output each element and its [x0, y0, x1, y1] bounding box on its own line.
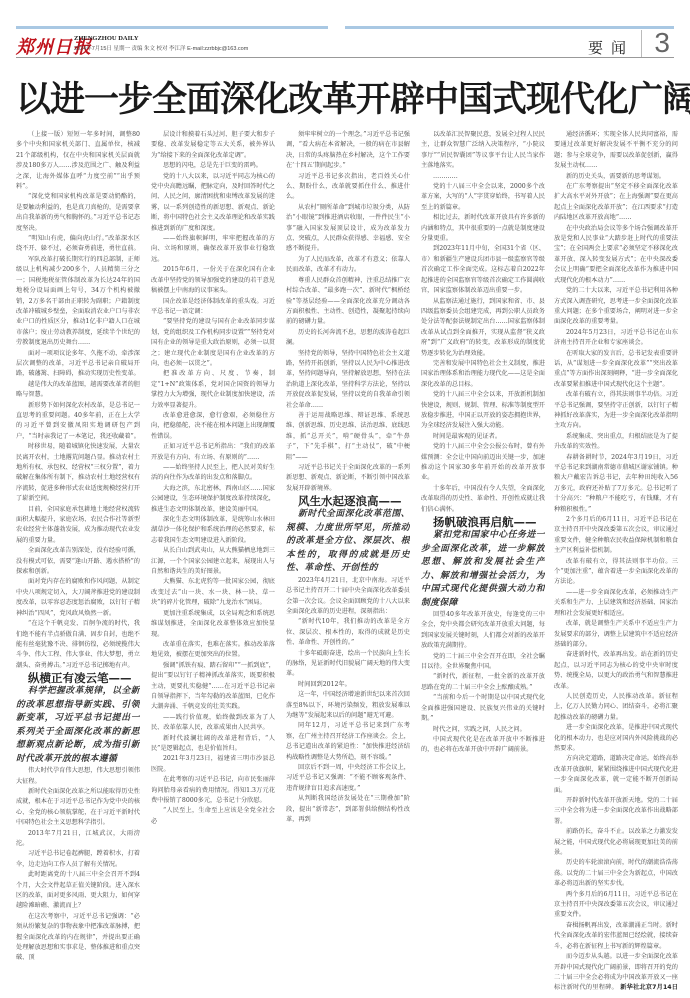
body-paragraph: 方向决定道路，道路决定命运。始终高举改革开放旗帜，紧紧围绕推进中国式现代化进一步…: [554, 754, 678, 796]
body-paragraph: 习近平总书记多次指出，老百姓关心什么、期盼什么，改革就要抓住什么、推进什么。: [286, 172, 410, 203]
body-paragraph: 新时代波澜壮阔的改革进程背后，“人民”是逻辑起点，也是价值旨归。: [151, 734, 275, 755]
body-paragraph: ——践行价值观，始终做到改革为了人民、改革依靠人民，改革成果由人民共享。: [151, 713, 275, 734]
body-paragraph: 通经济循环；实现全体人民共同富裕，需要通过改革更好解决发展不平衡不充分的问题；参…: [554, 130, 678, 172]
body-paragraph: 新的历史关头，需要新的思考谋划。: [554, 172, 678, 182]
body-paragraph: 两个多月后的6月11日，习近平总书记在京主持召开中央深改委第五次会议，审议通过重…: [554, 890, 678, 921]
body-paragraph: 2024年5月23日，习近平总书记在山东济南主持召开企业和专家座谈会。: [554, 328, 678, 349]
body-paragraph: 此时距离党的十八届三中全会召开不到4个月，大会文件起草正值关键阶段。进入深水区的…: [16, 870, 140, 912]
byline: 新华社北京7月14日电: [554, 984, 678, 992]
body-paragraph: 十多年砥砺奋进，绘出一个民族向上生长的脉络，见证新时代旧貌展广阔天地的伟大变革。: [286, 649, 410, 680]
body-paragraph: 改革愈进愈深，愈行愈艰，必须稳住方向，把稳船舵，决不能在根本问题上出现颠覆性错误…: [151, 411, 275, 442]
section-lede: 科学把握改革规律，以全新的改革思想指导新实践、引领新变革，习近平总书记提出一系列…: [16, 685, 140, 766]
body-paragraph: 善于运用战略思维、辩证思维、系统思维、创新思维、历史思维、法治思维、底线思维，抓…: [286, 411, 410, 463]
body-paragraph: 奋楫扬帆再出发，改革潮涌正当时。新时代全面深化改革的宏伟蓝图已经绘就，接续奋斗，…: [554, 921, 678, 952]
body-paragraph: 越是伟大的改革蓝图，越需要改革者的胆略与智慧。: [16, 380, 140, 401]
body-paragraph: 相比过去，新时代改革开放具有许多新的内涵和特点，其中很重要的一点就是制度建设分量…: [421, 213, 545, 244]
body-paragraph: 这一年，中国经济增速新世纪以来首次回落至8%以下，环境污染频发，粗放发展难以为继…: [286, 690, 410, 721]
body-paragraph: 在这次考察中，习近平总书记强调：“必须从纷繁复杂的事物表象中把准改革脉搏，把握全…: [16, 912, 140, 964]
body-paragraph: 国企改革是经济体制改革的重头戏。习近平总书记一语定调：: [151, 297, 275, 318]
body-paragraph: 正如习近平总书记所指出：“我们的改革开放是有方向、有立场、有原则的”……: [151, 442, 275, 463]
section-subhead: 纵横正有凌云笔——: [16, 671, 140, 685]
body-paragraph: 进一步全面深化改革，是推进中国式现代化的根本动力，也是应对国内外风险挑战的必然要…: [554, 723, 678, 754]
body-paragraph: 系统集成、突出重点，归根结底是为了提升改革的实效性。: [554, 432, 678, 453]
column-1: （上接一版）短短一年多时间，调整80多个中央和国家机关部门、直属单位，核减21个…: [16, 130, 140, 992]
body-paragraph: “新时代10年，我们推动的改革是全方位、深层次、根本性的，取得的成就是历史性、革…: [286, 617, 410, 648]
column-5: 通经济循环；实现全体人民共同富裕，需要通过改革更好解决发展不平衡不充分的问题；参…: [554, 130, 678, 992]
body-paragraph: 改革重在落实，也难在落实。推动改革落地见效，被摆在更加突出的位置。: [151, 640, 275, 661]
body-paragraph: 时间回到2012年。: [286, 680, 410, 690]
column-4: 以改革汇民智聚民意，发展全过程人民民主，让群众智慧广泛纳入决策程序，“小院议事厅…: [421, 130, 545, 992]
issue-meta: 2024年7月15日 星期一 责编 朱文 校对 李江洋 E-mail:zzrbb…: [74, 44, 248, 52]
body-paragraph: 在听取大家的发言后，总书记发表重要讲话，从“谋划进一步全面深化改革”“突出改革重…: [554, 349, 678, 391]
body-paragraph: 改革，就是调整生产关系中不适应生产力发展要求的部分，调整上层建筑中不适应经济基础…: [554, 619, 678, 650]
column-2: 层设计和摸着石头过河、胆子要大和步子要稳、改革发展稳定等五大关系，被外界认为“给…: [151, 130, 275, 992]
body-paragraph: 尊重人民群众首创精神，注重总结推广农村综合改革、“最多跑一次”、新时代“枫桥经验…: [286, 276, 410, 328]
body-paragraph: 须牢牢树立的一个理念。”习近平总书记强调，“看大病在本省解决，一般的病在市县解决…: [286, 130, 410, 172]
body-paragraph: 而今迈步从头越。以进一步全面深化改革开辟中国式现代化广阔前景，即将召开的党的二十…: [554, 952, 678, 992]
body-paragraph: 新时代全面深化改革之所以能取得历史性成就，根本在于习近平总书记作为党中央的核心、…: [16, 787, 140, 829]
body-paragraph: 2023年4月21日，北京中南海。习近平总书记主持召开二十届中央全面深化改革委员…: [286, 576, 410, 618]
body-paragraph: 春耕备耕时节，2024年3月19日，习近平总书记来到湖南常德市鼎城区谢家铺镇。种…: [554, 453, 678, 515]
body-paragraph: 时间是最客观的见证者。: [421, 432, 545, 442]
section-lede: 新时代全面深化改革范围、规模、力度世所罕见，所推动的改革是全方位、深层次、根本性…: [286, 508, 410, 576]
body-paragraph: …………: [421, 172, 545, 182]
body-paragraph: 2021年3月23日，福建省三明市沙县总医院。: [151, 754, 275, 775]
body-paragraph: “深化党和国家机构改革是要动奶酪的，是要触动利益的，也是真刀真枪的，是需要拿出自…: [16, 192, 140, 234]
body-paragraph: 人民创造历史，人民推动改革。新征程上，亿万人民勠力同心、团结奋斗，必将汇聚起推动…: [554, 692, 678, 723]
body-paragraph: 党的十八届三中全会以来，开放新机制加快建设，规则、规制、管理、标准等制度型开放稳…: [421, 390, 545, 432]
body-paragraph: “要坚持党的建设与国有企业改革同步谋划，党的组织及工作机构同步设置”“坚持党对国…: [151, 317, 275, 369]
body-paragraph: 大熊猫、东北虎豹等一批国家公园，彻底改变过去“山一块、水一块、林一块、草一块”的…: [151, 577, 275, 608]
body-paragraph: 目前，全国家庭承包耕地土地经营权流转面积大幅提升，家庭农场、农民合作社等新型农业…: [16, 505, 140, 547]
body-paragraph: 十多年后，中国没有令人失望，全面深化改革取得的历史性、革命性、开创性成就让我们信…: [421, 484, 545, 515]
body-paragraph: 伟大时代孕育伟大思想，伟大思想引领伟大征程。: [16, 766, 140, 787]
top-rule-right: [345, 26, 674, 29]
body-paragraph: 时代之问，实践之问，人民之问。: [421, 725, 545, 735]
body-paragraph: 2013年7月21日，江城武汉，大雨滂沱。: [16, 829, 140, 850]
section-name: 要闻: [588, 37, 634, 58]
body-paragraph: 从长白山到武夷山，从大熊猫栖息地到三江源，一个个国家公园建立起来，展现出人与自然…: [151, 546, 275, 577]
body-paragraph: 到2023年11月中旬，全国31个省（区、市）和新疆生产建设兵团市县一级监察官等…: [421, 244, 545, 296]
body-paragraph: 回望40多年改革开放史，每逢党的三中全会，党中央都会研究改革开放重大问题，每到国…: [421, 610, 545, 652]
body-paragraph: 改革有破有立，得其法则事半功倍。三个“更加注重”，蕴含着进一步全面深化改革的方法…: [554, 557, 678, 588]
body-paragraph: 从监察法通过施行，到国家和省、市、县四级监察委员会组建完成，再到公职人员政务处分…: [421, 297, 545, 359]
page-number: 3: [654, 27, 670, 59]
body-paragraph: 为了人民而改革，改革才有意义；依靠人民而改革，改革才有动力。: [286, 255, 410, 276]
masthead: 郑州日报 ZHENGZHOU DAILY 2024年7月15日 星期一 责编 朱…: [16, 33, 674, 58]
body-paragraph: 从农村“厕所革命”到城市垃圾分类，从防治“小眼镜”到推进酒店收眼，一件件民生“小…: [286, 203, 410, 255]
body-paragraph: 在广东考察提出“坚定不移全面深化改革扩大高水平对外开放”；在上海强调“要在更高起…: [554, 182, 678, 224]
body-paragraph: ——始终坚持人民至上，把人民对美好生活的向往作为改革的出发点和落脚点。: [151, 463, 275, 484]
body-paragraph: 历史的车轮滚滚向前，时代的潮流浩浩荡荡。以党的二十届三中全会为新起点，中国改革必…: [554, 858, 678, 889]
body-paragraph: 在中央政治局会议等多个场合强调改革开放是党和人民事业“大踏步赶上时代的重要法宝”…: [554, 224, 678, 286]
body-paragraph: 党的十八届三中全会以来，2000多个改革方案，大写的“人”字贯穿始终，书写着人民…: [421, 182, 545, 213]
body-paragraph: 2个多月后的6月11日，习近平总书记在京主持召开中央深改委第五次会议，审议通过重…: [554, 515, 678, 557]
body-paragraph: “当前和今后一个时期是以中国式现代化全面推进强国建设、民族复兴伟业的关键时期。”: [421, 693, 545, 724]
body-paragraph: 以改革汇民智聚民意，发展全过程人民民主，让群众智慧广泛纳入决策程序，“小院议事厅…: [421, 130, 545, 172]
body-paragraph: 在此考察的习近平总书记，向市民张丽萍询问胎母亲看病的费用情况。得知1.3万元花费…: [151, 775, 275, 806]
body-paragraph: 开辟新时代改革开放新天地。党的二十届三中全会将为进一步全面深化改革作出战略部署。: [554, 796, 678, 827]
body-paragraph: 党的十八大以来，以习近平同志为核心的党中央高瞻远瞩，把脉定向，及时回答时代之问、…: [151, 172, 275, 234]
body-paragraph: 奋进新时代，改革再出发。站在新的历史起点，以习近平同志为核心的党中央审时度势、统…: [554, 650, 678, 692]
body-paragraph: 前路仍长，奋斗不止。以改革之力激发发展之能，中国式现代化必将展现更加壮美的前景。: [554, 827, 678, 858]
column-3: 须牢牢树立的一个理念。”习近平总书记强调，“看大病在本省解决，一般的病在市县解决…: [286, 130, 410, 992]
body-paragraph: 把准改革方向、尺度、节奏，制定“1+N”政策体系，党对国企国资的领导力掌控力大为…: [151, 369, 275, 411]
body-paragraph: ——始终旗帜鲜明，牢牢把握改革的方向、立场和原则，确保改革开放事业行稳致远。: [151, 234, 275, 265]
body-paragraph: “人民至上，生命至上应该是全党全社会必: [151, 806, 275, 827]
body-paragraph: 大海之滨，东北密林，西南山区……国家公园建设，生态环境保护制度改革持续深化，推进…: [151, 484, 275, 515]
body-paragraph: （上接一版）短短一年多时间，调整80多个中央和国家机关部门、直属单位，核减21个…: [16, 130, 140, 192]
body-paragraph: 中国式现代化是在改革开放中不断推进的，也必将在改革开放中开辟广阔前景。: [421, 735, 545, 756]
body-paragraph: 面对一项项议论多年、久拖不动、牵涉深层次调整的改革，习近平总书记亲自破局开路，破…: [16, 349, 140, 380]
body-paragraph: 党的十八届三中全会公报公布时，曾有外媒预测：全会让中国向前迈出关键一步，加速推动…: [421, 442, 545, 484]
body-paragraph: 党的二十届三中全会召开在即，全社会瞩目以待。全世界聚焦中国。: [421, 652, 545, 673]
body-paragraph: 习近平总书记卷起裤腿，蹚着积水，打着伞，边走边向工作人员了解有关情况。: [16, 849, 140, 870]
body-paragraph: 时移世易，随着城镇化快速发展，大量农民离开农村，土地撂荒问题凸显。推动农村土地所…: [16, 442, 140, 504]
section-subhead: 扬帆破浪再启航——: [421, 515, 545, 529]
body-paragraph: 坚持党的领导，坚持中国特色社会主义道路，坚持开拓创新，坚持以人民为中心推进改革，…: [286, 349, 410, 411]
body-paragraph: 全面深化改革告别深处，没有经验可循，没有模式可依，需要“逢山开路、遇水搭桥”的探…: [16, 546, 140, 577]
body-paragraph: 回京后不到一周，中央经济工作会议上，习近平总书记又强调：“不能不顾客观条件、违背…: [286, 763, 410, 794]
article-headline: 以进一步全面深化改革开辟中国式现代化广阔前景: [16, 78, 674, 122]
body-paragraph: 层设计和摸着石头过河、胆子要大和步子要稳、改革发展稳定等五大关系，被外界认为“给…: [151, 130, 275, 161]
body-paragraph: 完善和发展中国特色社会主义制度，推进国家治理体系和治理能力现代化——这是全面深化…: [421, 359, 545, 390]
article-body: （上接一版）短短一年多时间，调整80多个中央和国家机关部门、直属单位，核减21个…: [16, 130, 678, 992]
body-paragraph: “在这个千帆竞发、百舸争流的时代，我们绝不能有半点骄傲自满、固步自封，也绝不能有…: [16, 619, 140, 671]
body-paragraph: 新形势下如何深化农村改革，是总书记一直思考的重要问题。40多年前，正在上大学的习…: [16, 401, 140, 443]
body-paragraph: “明知山有虎，偏向虎山行。”改革深水区绕不开、躲不过，必须奋勇前进，勇往直前。: [16, 234, 140, 255]
body-paragraph: 2015年6月，一份关于在深化国有企业改革中坚持党的领导加强党的建设的若干意见稿…: [151, 265, 275, 296]
body-paragraph: 从判断我国经济发展处在“三期叠加”阶段，提出“新常态”，到部署供给侧结构性改革，…: [286, 794, 410, 825]
section-subhead: 风生水起逐浪高——: [286, 494, 410, 508]
body-paragraph: 习近平总书记关于全面深化改革的一系列新思想、新观点、新论断，不断引领中国改革发展…: [286, 463, 410, 494]
body-paragraph: 强调“抓铁有痕、踏石留印”“一抓到底”，提出“要以钉钉子精神抓改革落实，既要积极…: [151, 661, 275, 713]
body-paragraph: “新时代，新征程，一批全新的改革开放思路在党的二十届三中全会上酝酿成熟。”: [421, 672, 545, 693]
body-paragraph: 军队改革打破长期实行的四总部制，正师级以上机构减少200多个，人员精简三分之一；…: [16, 255, 140, 349]
top-rule-left: [16, 26, 328, 29]
body-paragraph: 深化生态文明体制改革，是统筹山水林田湖草沙一体化保护和系统治理的必然要求，标志着…: [151, 515, 275, 546]
body-paragraph: 同年12月，习近平总书记来到广东考察，在广州主持召开经济工作座谈会。会上，总书记…: [286, 721, 410, 763]
body-paragraph: 面对党内存在的腐败和作风问题，从制定中央八项规定切入，大刀阔斧推进党的建设制度改…: [16, 577, 140, 619]
body-paragraph: 思想的闪电，总是先于巨变的雷鸣。: [151, 161, 275, 171]
english-title: ZHENGZHOU DAILY: [74, 35, 139, 42]
section-lede: 紧扣党和国家中心任务进一步全面深化改革，进一步解放思想、解放和发展社会生产力、解…: [421, 529, 545, 610]
body-paragraph: 历史的长河奔流不息，思想的波涛卷起巨澜。: [286, 328, 410, 349]
body-paragraph: 改革有破有立，得其法则事半功倍。习近平总书记强调，要坚持守正创新，以钉钉子精神抓…: [554, 390, 678, 432]
body-paragraph: ——进一步全面深化改革，必须推动生产关系和生产力、上层建筑和经济基础、国家治理和…: [554, 588, 678, 619]
body-paragraph: 更加注重系统集成，以全局观念和系统思维谋划推进，全面深化改革整体效应加快显现。: [151, 609, 275, 640]
body-paragraph: 党的二十大以来，习近平总书记利用各种方式深入调查研究，思考进一步全面深化改革重大…: [554, 286, 678, 328]
